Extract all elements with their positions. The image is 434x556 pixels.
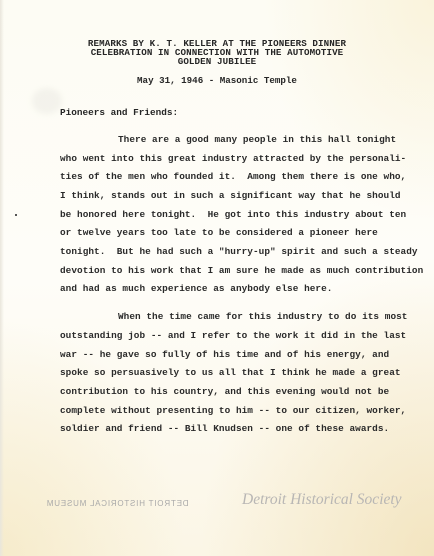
paragraph-line: be honored here tonight. He got into thi… (60, 209, 406, 220)
paragraph-line: When the time came for this industry to … (118, 311, 407, 322)
paragraph-line: tonight. But he had such a "hurry-up" sp… (60, 246, 418, 257)
society-watermark: Detroit Historical Society (242, 491, 402, 509)
salutation: Pioneers and Friends: (60, 107, 178, 118)
date-location-line: May 31, 1946 - Masonic Temple (0, 75, 434, 86)
paragraph-line: and had as much experience as anybody el… (60, 283, 332, 294)
paragraph-line: contribution to his country, and this ev… (60, 386, 389, 397)
paragraph-line: who went into this great industry attrac… (60, 153, 406, 164)
paragraph-line: complete without presenting to him -- to… (60, 405, 406, 416)
paragraph-line: There are a good many people in this hal… (118, 134, 396, 145)
paragraph-line: spoke so persuasively to us all that I t… (60, 367, 401, 378)
paragraph-line: devotion to his work that I am sure he m… (60, 265, 423, 276)
paragraph-line: or twelve years too late to be considere… (60, 227, 378, 238)
paragraph-line: ties of the men who founded it. Among th… (60, 171, 406, 182)
paragraph-line: soldier and friend -- Bill Knudsen -- on… (60, 423, 389, 434)
paper-speck (15, 214, 17, 216)
paragraph-line: outstanding job -- and I refer to the wo… (60, 330, 406, 341)
paragraph-line: war -- he gave so fully of his time and … (60, 349, 389, 360)
paragraph-line: I think, stands out in such a significan… (60, 190, 401, 201)
museum-stamp-mirrored: DETROIT HISTORICAL MUSEUM (46, 499, 189, 508)
heading-line-3: GOLDEN JUBILEE (0, 57, 434, 66)
paper-smudge (32, 88, 62, 114)
